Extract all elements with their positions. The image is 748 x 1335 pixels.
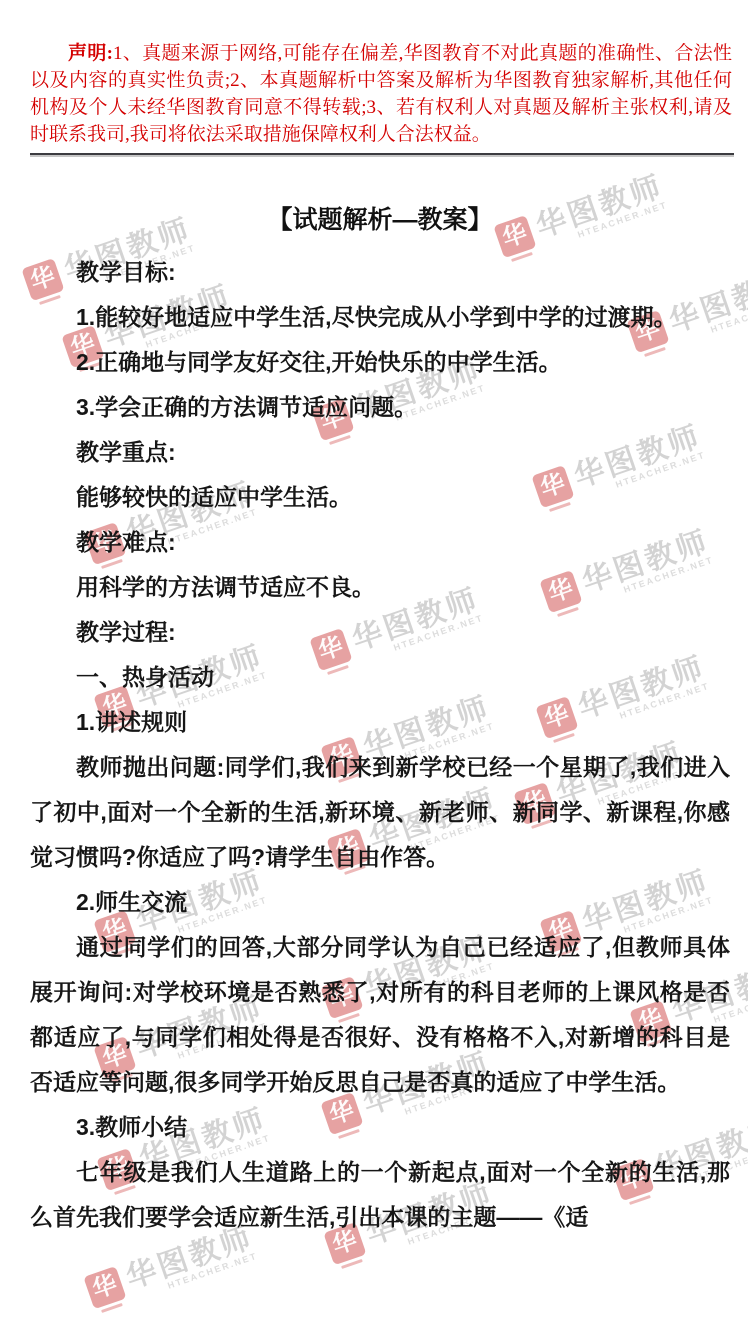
- watermark-subtext: HTEACHER.NET: [166, 1250, 260, 1291]
- huatu-logo-caption: [341, 1259, 363, 1269]
- paragraph: 1.能较好地适应中学生活,尽快完成从小学到中学的过渡期。: [30, 295, 730, 340]
- paragraph: 教学重点:: [30, 430, 730, 475]
- page-title: 【试题解析—教案】: [30, 203, 730, 237]
- paragraph: 3.学会正确的方法调节适应问题。: [30, 385, 730, 430]
- paragraph: 教师抛出问题:同学们,我们来到新学校已经一个星期了,我们进入了初中,面对一个全新…: [30, 745, 730, 880]
- disclaimer-label: 声明:: [68, 43, 113, 64]
- paragraph: 通过同学们的回答,大部分同学认为自己已经适应了,但教师具体展开询问:对学校环境是…: [30, 925, 730, 1105]
- paragraph: 1.讲述规则: [30, 700, 730, 745]
- document-page: 华 华图教师 HTEACHER.NET 华 华图教师 HTEACHER.NET …: [0, 0, 748, 1335]
- paragraph: 教学难点:: [30, 520, 730, 565]
- disclaimer-text: 1、真题来源于网络,可能存在偏差,华图教育不对此真题的准确性、合法性以及内容的真…: [30, 43, 732, 145]
- paragraph: 七年级是我们人生道路上的一个新起点,面对一个全新的生活,那么首先我们要学会适应新…: [30, 1150, 730, 1240]
- paragraph: 2.正确地与同学友好交往,开始快乐的中学生活。: [30, 340, 730, 385]
- huatu-logo-caption: [101, 1303, 123, 1313]
- document-content: 声明:1、真题来源于网络,可能存在偏差,华图教育不对此真题的准确性、合法性以及内…: [0, 0, 748, 1240]
- paragraph: 用科学的方法调节适应不良。: [30, 565, 730, 610]
- paragraph: 教学目标:: [30, 250, 730, 295]
- paragraph: 能够较快的适应中学生活。: [30, 475, 730, 520]
- divider: [30, 153, 734, 157]
- huatu-logo-icon: 华: [83, 1266, 126, 1309]
- paragraph: 一、热身活动: [30, 655, 730, 700]
- watermark-logo-group: 华: [83, 1266, 128, 1315]
- disclaimer: 声明:1、真题来源于网络,可能存在偏差,华图教育不对此真题的准确性、合法性以及内…: [30, 40, 732, 148]
- paragraph: 2.师生交流: [30, 880, 730, 925]
- paragraph: 3.教师小结: [30, 1105, 730, 1150]
- document-body: 教学目标:1.能较好地适应中学生活,尽快完成从小学到中学的过渡期。2.正确地与同…: [30, 250, 730, 1240]
- paragraph: 教学过程:: [30, 610, 730, 655]
